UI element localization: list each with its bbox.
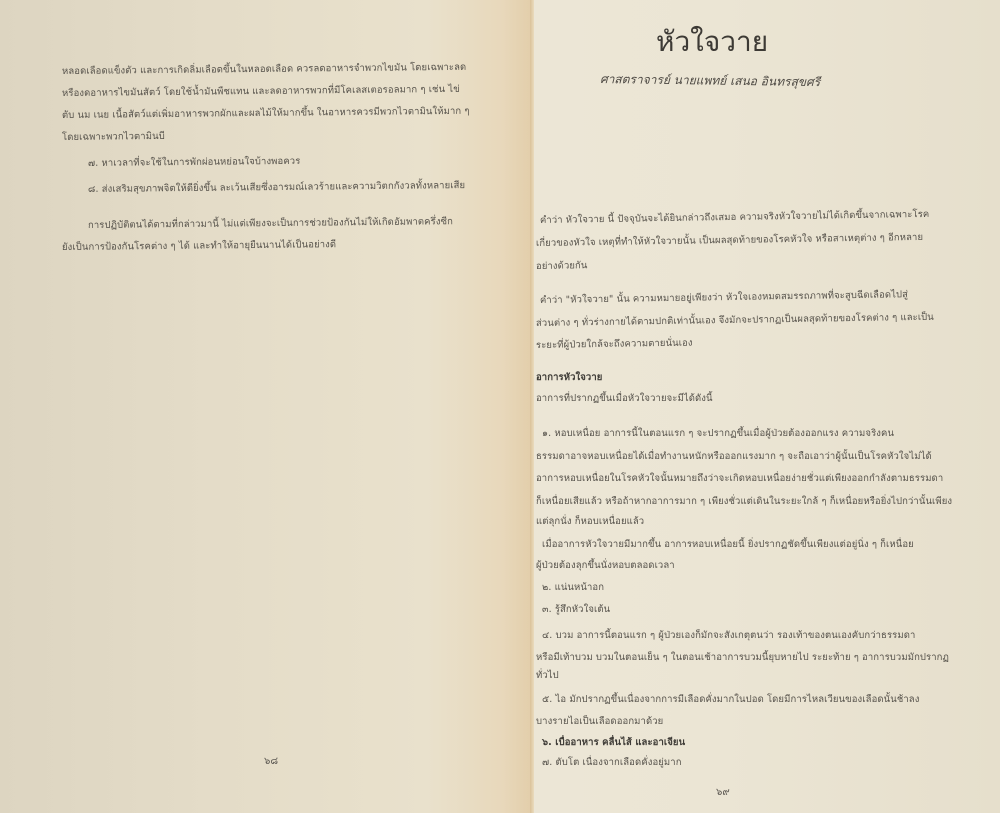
paragraph-line: หรืองดอาหารไขมันสัตว์ โดยใช้น้ำมันพืชแทน… (62, 84, 460, 100)
paragraph-line: โดยเฉพาะพวกไวตามินบี (62, 131, 165, 144)
symptom-line: ผู้ป่วยต้องลุกขึ้นนั่งหอบตลอดเวลา (536, 560, 675, 572)
symptom-item: ๗. ตับโต เนื่องจากเลือดคั่งอยู่มาก (542, 757, 682, 769)
symptom-line: ธรรมดาอาจหอบเหนื่อยได้เมื่อทำงานหนักหรือ… (536, 451, 932, 463)
symptom-line: ก็เหนื่อยเสียแล้ว หรือถ้าหากอาการมาก ๆ เ… (536, 496, 952, 508)
article-author: ศาสตราจารย์ นายแพทย์ เสนอ อินทรสุขศรี (600, 70, 820, 92)
symptom-line: ๑. หอบเหนื่อย อาการนี้ในตอนแรก ๆ จะปรากฏ… (542, 428, 894, 440)
book-spread: หลอดเลือดแข็งตัว และการเกิดลิ่มเลือดขึ้น… (0, 0, 1000, 813)
closing-line: ยังเป็นการป้องกันโรคต่าง ๆ ได้ และทำให้อ… (62, 239, 336, 254)
symptom-line: บางรายไอเป็นเลือดออกมาด้วย (536, 716, 663, 728)
symptom-line: ทั่วไป (536, 670, 559, 682)
symptom-line: แต่ลุกนั่ง ก็หอบเหนื่อยแล้ว (536, 516, 644, 528)
section-intro: อาการที่ปรากฏขึ้นเมื่อหัวใจวายจะมีได้ดัง… (536, 393, 713, 405)
symptom-item: ๒. แน่นหน้าอก (542, 582, 604, 594)
symptom-item: ๖. เบื่ออาหาร คลื่นไส้ และอาเจียน (542, 737, 685, 749)
symptom-line: เมื่ออาการหัวใจวายมีมากขึ้น อาการหอบเหนื… (542, 539, 914, 551)
closing-line: การปฏิบัติตนได้ตามที่กล่าวมานี้ ไม่แต่เพ… (88, 216, 453, 232)
paragraph-line: หลอดเลือดแข็งตัว และการเกิดลิ่มเลือดขึ้น… (62, 62, 466, 78)
page-number-left: ๖๘ (264, 754, 278, 769)
paragraph-line: ตับ นม เนย เนื้อสัตว์แต่เพิ่มอาหารพวกผัก… (62, 106, 470, 122)
symptom-line: หรือมีเท้าบวม บวมในตอนเย็น ๆ ในตอนเช้าอา… (536, 652, 949, 664)
left-page: หลอดเลือดแข็งตัว และการเกิดลิ่มเลือดขึ้น… (0, 0, 534, 813)
symptom-item: ๓. รู้สึกหัวใจเต้น (542, 604, 610, 616)
article-title: หัวใจวาย (656, 20, 768, 64)
list-item: ๘. ส่งเสริมสุขภาพจิตให้ดียิ่งขึ้น ละเว้น… (88, 180, 465, 196)
section-heading: อาการหัวใจวาย (536, 372, 602, 384)
page-number-right: ๖๙ (716, 785, 730, 800)
symptom-line: ๔. บวม อาการนี้ตอนแรก ๆ ผู้ป่วยเองก็มักจ… (542, 630, 915, 642)
right-page (534, 0, 1000, 813)
symptom-line: อาการหอบเหนื่อยในโรคหัวใจนั้นหมายถึงว่าจ… (536, 473, 943, 485)
list-item: ๗. หาเวลาที่จะใช้ในการพักผ่อนหย่อนใจบ้าง… (88, 156, 301, 170)
symptom-line: ๕. ไอ มักปรากฏขึ้นเนื่องจากการมีเลือดคั่… (542, 694, 919, 706)
intro-line: ระยะที่ผู้ป่วยใกล้จะถึงความตายนั่นเอง (536, 338, 693, 352)
intro-line: อย่างด้วยกัน (536, 260, 588, 273)
